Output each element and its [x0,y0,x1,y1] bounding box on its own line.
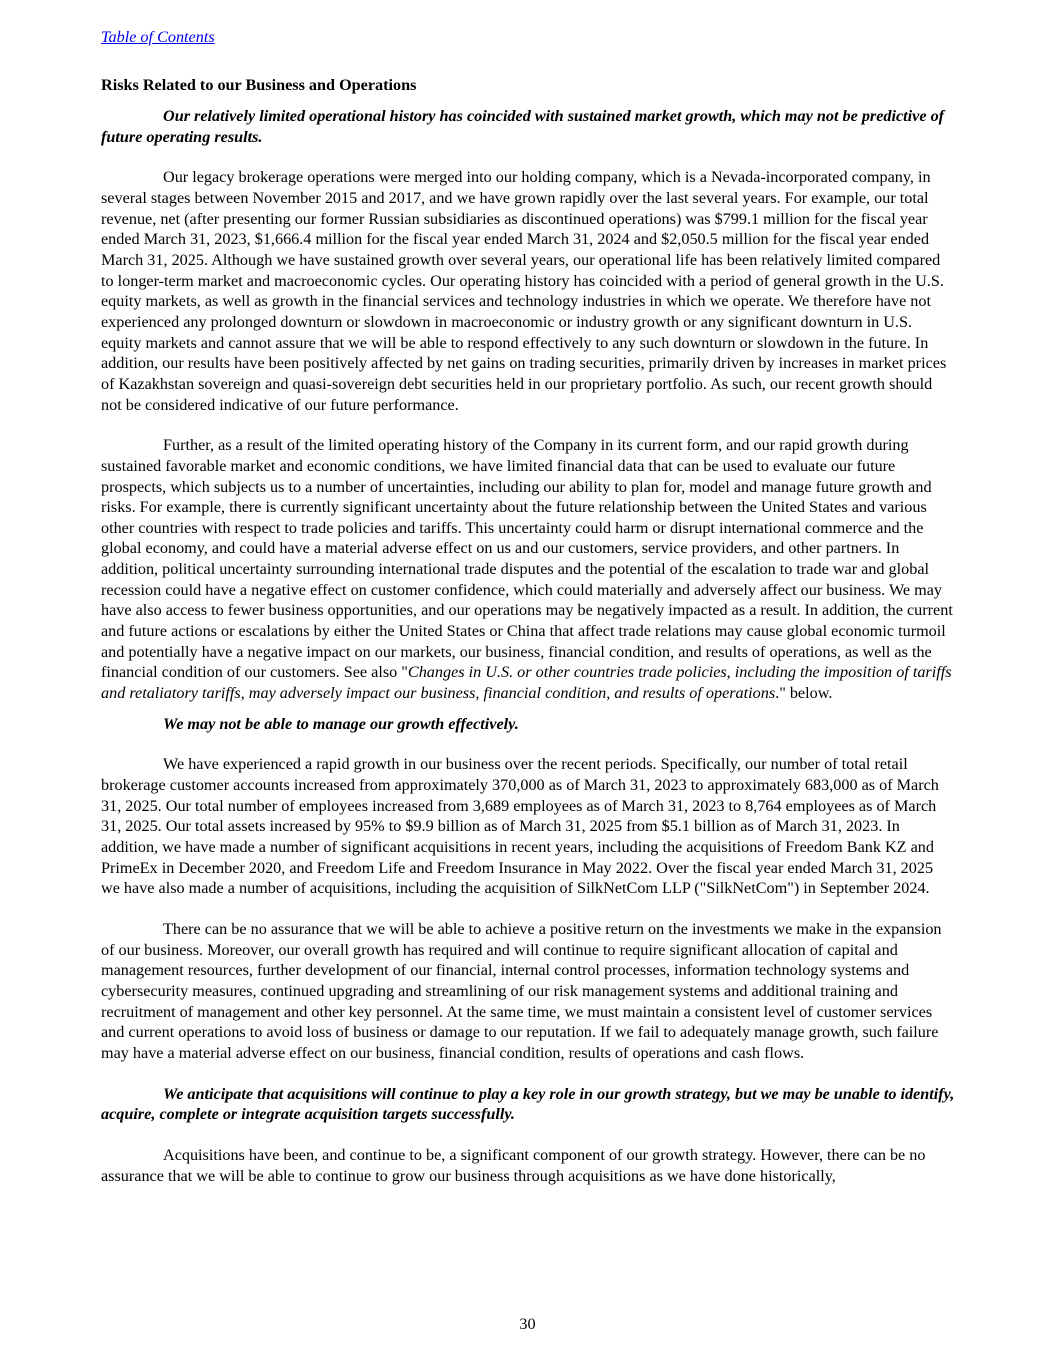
page-number: 30 [0,1314,1055,1335]
section-title: Risks Related to our Business and Operat… [101,74,955,96]
cross-reference-suffix: ." below. [775,684,832,702]
document-page: Table of Contents Risks Related to our B… [101,26,955,1186]
paragraph-text: Further, as a result of the limited oper… [101,436,953,681]
risk-heading-operational-history: Our relatively limited operational histo… [101,106,955,147]
risk-heading-manage-growth: We may not be able to manage our growth … [101,714,955,735]
paragraph-acquisitions-strategy: Acquisitions have been, and continue to … [101,1145,955,1186]
paragraph-no-assurance: There can be no assurance that we will b… [101,919,955,1064]
paragraph-limited-operating-history: Further, as a result of the limited oper… [101,435,955,704]
risk-heading-acquisitions: We anticipate that acquisitions will con… [101,1084,955,1125]
table-of-contents-link[interactable]: Table of Contents [101,26,215,48]
paragraph-legacy-brokerage: Our legacy brokerage operations were mer… [101,167,955,415]
paragraph-rapid-growth: We have experienced a rapid growth in ou… [101,754,955,899]
